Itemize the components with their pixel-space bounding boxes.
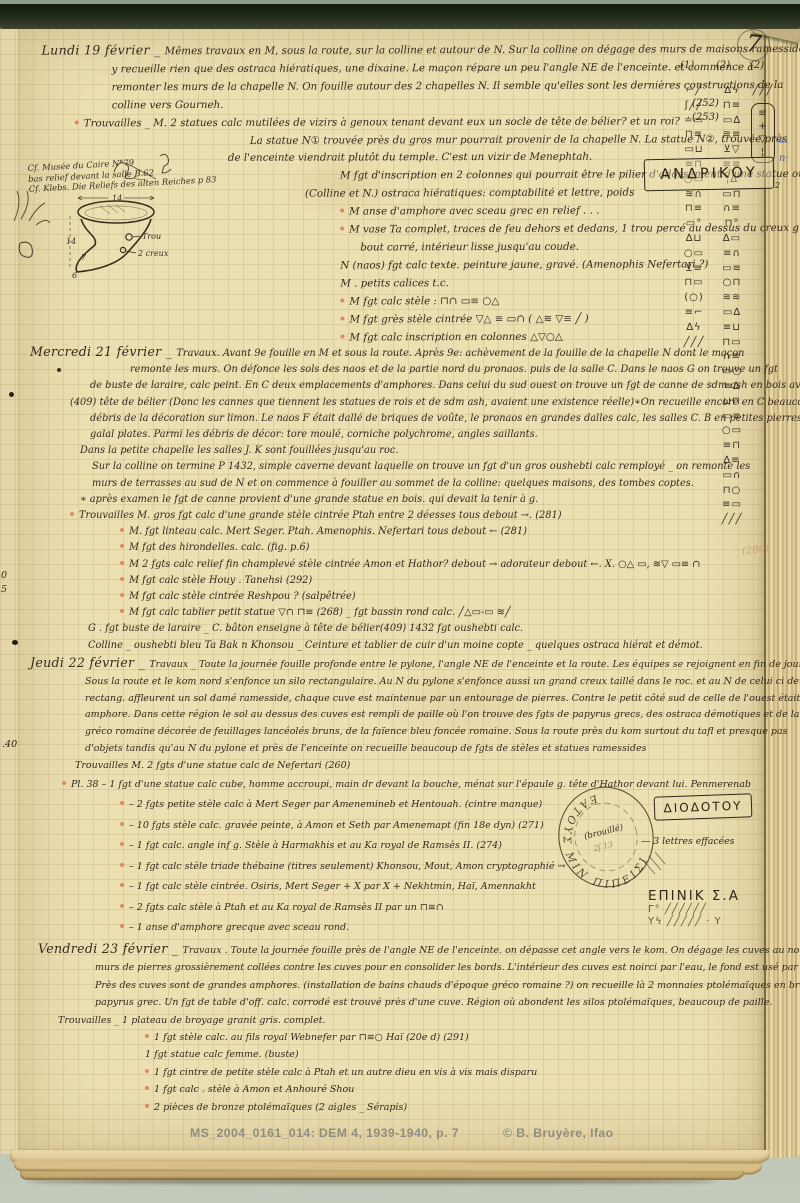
red-check-dot [62,781,66,785]
manuscript-line: M 2 fgts calc relief fin champlevé stèle… [30,557,800,573]
manuscript-line: de buste de laraire, calc peint. En C de… [30,378,800,394]
line-text: Colline _ oushebti bleu Ta Bak n Khonsou… [88,640,703,651]
red-check-dot [340,334,344,338]
line-text: G . fgt buste de laraire _ C. bâton ense… [88,623,523,634]
svg-text:6: 6 [72,271,77,280]
red-check-dot [145,1069,149,1073]
manuscript-line: 1 fgt statue calc femme. (buste) [38,1046,800,1063]
red-check-dot [120,904,124,908]
ink-spot [57,368,61,372]
line-text: remonte les murs. On défonce les sols de… [130,364,778,375]
manuscript-line: – 1 fgt calc stèle triade thébaine (titr… [30,857,800,878]
line-text: Mêmes travaux en M, sous la route, sur l… [165,43,800,57]
manuscript-line: 1 fgt cintre de petite stèle calc à Ptah… [38,1064,800,1081]
line-text: (Colline et N.) ostraca hiératiques: com… [305,187,634,200]
line-text: Trouvailles _ 1 plateau de broyage grani… [58,1015,326,1026]
red-check-dot [120,863,124,867]
red-check-dot [145,1034,149,1038]
svg-text:7: 7 [81,253,87,262]
line-text: colline vers Gourneh. [112,99,224,111]
edge-cut-number: 0 [1,570,7,581]
journal-entry-vendredi-23-fevrier: Vendredi 23 février _Travaux . Toute la … [38,940,800,1116]
manuscript-line: d'objets tandis qu'au N du pylone et prè… [30,741,800,758]
red-check-dot [340,209,344,213]
svg-text:2 creux: 2 creux [137,249,169,258]
manuscript-line: Colline _ oushebti bleu Ta Bak n Khonsou… [30,638,800,654]
red-check-dot [120,577,124,581]
manuscript-line: (409) tête de bélier (Donc les cannes qu… [30,395,800,411]
svg-text:(brouillé): (brouillé) [583,822,624,842]
red-check-dot [145,1086,149,1090]
line-text: de buste de laraire, calc peint. En C de… [90,380,800,391]
red-check-dot [340,227,344,231]
red-check-dot [120,842,124,846]
line-text: 1 fgt stèle calc. au fils royal Webnefer… [154,1032,469,1043]
manuscript-line: Trouvailles _ 1 plateau de broyage grani… [38,1012,800,1029]
line-text: La statue N① trouvée près du gros mur po… [250,133,788,147]
manuscript-line: Dans la petite chapelle les salles J. K … [30,443,800,459]
manuscript-line: Vendredi 23 février _Travaux . Toute la … [38,940,800,959]
manuscript-line: débris de la décoration sur limon. Le na… [30,411,800,427]
entry-date: Lundi 19 février _ [41,42,160,57]
line-text: remonter les murs de la chapelle N. On f… [112,79,784,93]
entry-date: Vendredi 23 février _ [38,941,179,956]
line-text: rectang. affleurent un sol damé ramessid… [85,693,800,704]
line-text: – 1 fgt calc stèle cintrée. Osiris, Mert… [129,881,536,892]
line-text: 2 pièces de bronze ptolémaïques (2 aigle… [154,1102,407,1113]
line-text: (409) tête de bélier (Donc les cannes qu… [70,397,800,408]
manuscript-line: 2 pièces de bronze ptolémaïques (2 aigle… [38,1099,800,1116]
entry-date: Mercredi 21 février _ [30,344,172,359]
line-text: débris de la décoration sur limon. Le na… [90,413,800,424]
flame-and-horn-sketch [8,183,58,273]
manuscript-line: Sous la route et le kom nord s'enfonce u… [30,674,800,691]
red-check-dot [120,924,124,928]
hiero-column-header-2: (2) [716,60,730,71]
line-text: de l'enceinte viendrait plutôt du temple… [228,151,592,164]
red-check-dot [75,120,79,124]
manuscript-line: G . fgt buste de laraire _ C. bâton ense… [30,621,800,637]
archive-caption-id: MS_2004_0161_014: DEM 4, 1939-1940, p. 7 [190,1126,459,1140]
archive-caption-credit: © B. Bruyère, Ifao [503,1126,614,1140]
red-check-dot [340,298,344,302]
line-text: y recueille rien que des ostraca hiérati… [112,61,754,75]
red-check-dot [120,801,124,805]
line-text: M anse d'amphore avec sceau grec en reli… [349,205,599,218]
manuscript-line: Mercredi 21 février _Travaux. Avant 9e f… [30,344,800,362]
line-text: 1 fgt statue calc femme. (buste) [145,1049,299,1060]
greek-line: Υϟ ╱╱╱╱╱ · Υ [648,916,740,928]
line-text: – 2 fgts petite stèle calc à Mert Seger … [129,799,542,810]
greek-inscription-box: ΔΙΟΔΟΤΟΥ [654,793,753,820]
red-check-dot [120,883,124,887]
manuscript-line: ∗ après examen le fgt de canne provient … [30,492,800,508]
line-text: galal plates. Parmi les débris de décor:… [90,429,538,440]
manuscript-line: 1 fgt calc . stèle à Amon et Anhouré Sho… [38,1081,800,1098]
manuscript-line: Sur la colline on termine P 1432, simple… [30,459,800,475]
svg-text:2ʃ 13: 2ʃ 13 [591,840,614,854]
line-text: – 1 fgt calc stèle triade thébaine (titr… [129,861,565,872]
ink-spot [9,392,14,397]
red-check-dot [120,609,124,613]
line-text: Travaux . Toute la journée fouille près … [183,945,800,956]
manuscript-line: M fgt des hirondelles. calc. (fig. p.6) [30,540,800,556]
red-check-dot [120,561,124,565]
manuscript-line: rectang. affleurent un sol damé ramessid… [30,691,800,708]
line-text: M fgt calc tablier petit statue ▽∩ ⊓≡ (2… [129,607,511,618]
hiero-column-header-1: (1) [680,60,694,71]
manuscript-line: amphore. Dans cette région le sol au des… [30,707,800,724]
red-check-dot [120,822,124,826]
greek-inscription-lines: ΕΠΙΝΙΚ Σ.Α Γ° ╱╱╱╱╱╱ Υϟ ╱╱╱╱╱ · Υ [648,888,740,928]
line-text: 1 fgt calc . stèle à Amon et Anhouré Sho… [154,1084,354,1095]
red-check-dot [70,512,74,516]
ref-252: (252) [692,97,719,111]
manuscript-line: murs de pierres grossièrement collées co… [38,959,800,976]
line-text: M fgt calc stèle Houy . Tanehsi (292) [129,575,312,586]
line-text: murs de terrasses au sud de N et on comm… [92,478,694,489]
line-text: bout carré, intérieur lisse jusqu'au cou… [360,241,579,254]
ref-280: (280) [742,544,770,557]
line-text: Trouvailles M. 2 fgts d'une statue calc … [75,760,350,771]
line-text: Près des cuves sont de grandes amphores.… [95,980,800,991]
greek-inscription-box: ΑΝΔΡΙΚΟΥ [644,157,775,192]
manuscript-line: galal plates. Parmi les débris de décor:… [30,427,800,443]
manuscript-line: Lundi 19 février _Mêmes travaux en M, so… [41,38,800,61]
line-text: Dans la petite chapelle les salles J. K … [80,445,398,456]
line-text: gréco romaine décorée de feuillages lanc… [85,726,787,737]
line-text: Travaux _ Toute la journée fouille profo… [149,659,800,670]
line-text: M. fgt linteau calc. Mert Seger. Ptah. A… [129,526,527,537]
manuscript-line: M fgt calc tablier petit statue ▽∩ ⊓≡ (2… [30,605,800,621]
line-text: – 10 fgts stèle calc. gravée peinte, à A… [129,820,544,831]
red-check-dot [340,316,344,320]
line-text: Trouvailles _ M. 2 statues calc mutilées… [84,115,680,129]
line-text: – 1 fgt calc. angle inf g. Stèle à Harma… [129,840,502,851]
line-text: M fgt calc inscription en colonnes △▽○△ [349,330,562,343]
red-check-dot [120,593,124,597]
manuscript-line: M fgt calc stèle Houy . Tanehsi (292) [30,573,800,589]
binding-edge [0,4,800,29]
manuscript-line: murs de terrasses au sud de N et on comm… [30,476,800,492]
line-text: papyrus grec. Un fgt de table d'off. cal… [95,997,772,1008]
manuscript-line: papyrus grec. Un fgt de table d'off. cal… [38,994,800,1011]
vase-sketch: 14 Trou 2 creux 14 7 6 [66,190,170,282]
line-text: murs de pierres grossièrement collées co… [95,962,800,973]
book-shadow [26,1179,716,1184]
object-number-refs: (252) (253) [692,97,719,125]
figures-sketch [108,148,180,184]
greek-inscription-subscript: 2 [775,181,780,190]
line-text: M vase Ta complet, traces de feu dehors … [349,221,800,235]
line-text: M fgt calc stèle cintrée Reshpou ? (salp… [129,591,356,602]
line-text: M fgt grès stèle cintrée ▽△ ≡ ▭∩ ( △≋ ▽≡… [349,312,588,325]
manuscript-line: gréco romaine décorée de feuillages lanc… [30,724,800,741]
line-text: M 2 fgts calc relief fin champlevé stèle… [129,559,700,570]
manuscript-line: 1 fgt stèle calc. au fils royal Webnefer… [38,1029,800,1046]
notebook-scan-page: 7 (1) (2) (2) ⌐╱ʃ╱╱≐▭⊓≡▭⊔≡⊓○▭≋∩⊓≡▭°∆⊔○▭⊻… [0,0,800,1203]
red-check-dot [145,1104,149,1108]
edge-cut-number: 5 [1,584,7,595]
line-text: Travaux. Avant 9e fouille en M et sous l… [176,348,744,359]
hiero-column-header-3: (2) [750,60,764,71]
line-text: M . petits calices t.c. [340,277,449,289]
manuscript-line: Pl. 38 – 1 fgt d'une statue calc cube, h… [30,775,800,796]
round-stamp-sketch: ΕΑΤΟΥΣ ΜΙΝ ΠΙΠΕΙΣΙ (brouillé) 2ʃ 13 [545,782,667,892]
manuscript-line: remonte les murs. On défonce les sols de… [30,362,800,378]
edge-cut-number: .40 [2,739,17,750]
manuscript-line: M fgt calc stèle cintrée Reshpou ? (salp… [30,589,800,605]
line-text: Sur la colline on termine P 1432, simple… [92,461,750,472]
ink-spot [12,640,18,645]
line-text: M fgt des hirondelles. calc. (fig. p.6) [129,542,310,553]
svg-text:14: 14 [66,237,76,246]
line-text: 1 fgt cintre de petite stèle calc à Ptah… [154,1067,537,1078]
manuscript-line: Près des cuves sont de grandes amphores.… [38,977,800,994]
line-text: N (naos) fgt calc texte. peinture jaune,… [340,258,708,271]
red-check-dot [120,544,124,548]
journal-entry-mercredi-21-fevrier: Mercredi 21 février _Travaux. Avant 9e f… [30,344,800,654]
line-text: – 1 anse d'amphore grecque avec sceau ro… [129,922,349,933]
red-check-dot [120,528,124,532]
manuscript-line: Jeudi 22 février _Travaux _ Toute la jou… [30,655,800,674]
entry-date: Jeudi 22 février _ [30,655,145,670]
bleed-through-letter: e. [779,135,788,146]
line-text: Sous la route et le kom nord s'enfonce u… [85,676,800,687]
manuscript-line: Trouvailles M. 2 fgts d'une statue calc … [30,758,800,775]
manuscript-line: Trouvailles M. gros fgt calc d'une grand… [30,508,800,524]
greek-line: Γ° ╱╱╱╱╱╱ [648,904,740,916]
svg-text:Trou: Trou [142,232,161,241]
ref-253: (253) [692,111,719,125]
manuscript-line: M. fgt linteau calc. Mert Seger. Ptah. A… [30,524,800,540]
line-text: amphore. Dans cette région le sol au des… [85,709,800,720]
line-text: – 2 fgts calc stèle à Ptah et au Ka roya… [129,902,444,913]
line-text: ∗ après examen le fgt de canne provient … [80,494,538,505]
line-text: d'objets tandis qu'au N du pylone et prè… [85,743,646,754]
line-text: Trouvailles M. gros fgt calc d'une grand… [79,510,562,521]
bleed-through-letter: n· [779,153,789,164]
line-text: M fgt calc stèle : ⊓∩ ▭≡ ○△ [349,295,499,308]
